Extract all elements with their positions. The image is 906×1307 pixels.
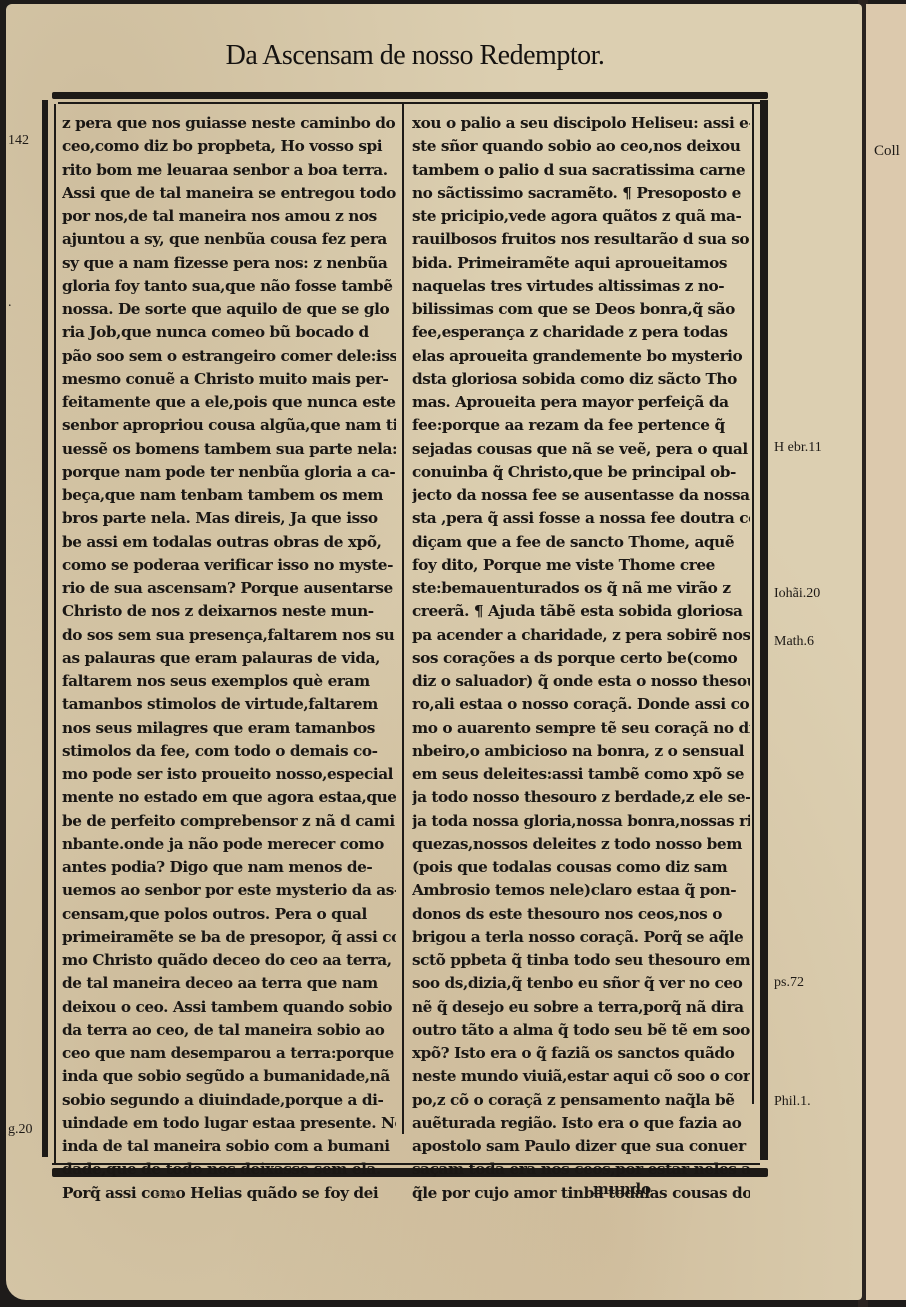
text-line: ceo que nam desemparou a terra:porque <box>62 1042 396 1065</box>
text-line: deixou o ceo. Assi tambem quando sobio <box>62 996 396 1019</box>
text-line: conuinba q̃ Christo,que be principal ob- <box>412 461 750 484</box>
text-line: tamanbos stimolos de virtude,faltarem <box>62 693 396 716</box>
text-line: ria Job,que nunca comeo bũ bocado d <box>62 321 396 344</box>
running-head: Da Ascensam de nosso Redemptor. <box>0 40 830 72</box>
text-line: naquelas tres virtudes altissimas z no- <box>412 275 750 298</box>
text-line: (pois que todalas cousas como diz sam <box>412 856 750 879</box>
text-line: bida. Primeiramẽte aqui aproueitamos <box>412 252 750 275</box>
right-border-thin <box>752 104 754 1104</box>
text-line: nbeiro,o ambicioso na bonra, z o sensual <box>412 740 750 763</box>
margin-note: 142 <box>8 133 29 149</box>
text-line: beça,que nam tenbam tambem os mem <box>62 484 396 507</box>
catchword: mundo <box>593 1180 651 1198</box>
text-line: uessẽ os bomens tambem sua parte nela: <box>62 438 396 461</box>
facing-page-edge <box>866 4 906 1300</box>
text-line: brigou a terla nosso coraçã. Porq̃ se aq… <box>412 926 750 949</box>
text-line: diz o saluador) q̃ onde esta o nosso the… <box>412 670 750 693</box>
top-border-thick <box>52 92 768 99</box>
text-line: nossa. De sorte que aquilo de que se glo <box>62 298 396 321</box>
text-line: mas. Aproueita pera mayor perfeiçã da <box>412 391 750 414</box>
text-line: donos ds este thesouro nos ceos,nos o <box>412 903 750 926</box>
margin-note: ps.72 <box>774 975 804 991</box>
margin-note: H ebr.11 <box>774 440 822 456</box>
text-line: mo o auarento sempre tẽ seu coraçã no di <box>412 717 750 740</box>
right-border-thick <box>760 100 768 1160</box>
text-line: ja toda nossa gloria,nossa bonra,nossas … <box>412 810 750 833</box>
column-divider <box>402 104 404 1134</box>
margin-note: Math.6 <box>774 634 814 650</box>
text-line: censam,que polos outros. Pera o qual <box>62 903 396 926</box>
text-line: da terra ao ceo, de tal maneira sobio ao <box>62 1019 396 1042</box>
text-line: tambem o palio d sua sacratissima carne <box>412 159 750 182</box>
text-line: dade,que de todo nos deixasse sem ela. <box>62 1158 396 1181</box>
text-line: outro tãto a alma q̃ todo seu bẽ tẽ em s… <box>412 1019 750 1042</box>
text-line: diçam que a fee de sancto Thome, aquẽ <box>412 531 750 554</box>
text-line: gloria foy tanto sua,que não fosse tambẽ <box>62 275 396 298</box>
text-line: por nos,de tal maneira nos amou z nos <box>62 205 396 228</box>
text-line: sctõ ppbeta q̃ tinba todo seu thesouro e… <box>412 949 750 972</box>
text-line: ste sñor quando sobio ao ceo,nos deixou <box>412 135 750 158</box>
text-line: nbante.onde ja não pode merecer como <box>62 833 396 856</box>
text-line: rio de sua ascensam? Porque ausentarse <box>62 577 396 600</box>
text-line: de tal maneira deceo aa terra que nam <box>62 972 396 995</box>
margin-note: . <box>8 295 12 311</box>
text-line: Assi que de tal maneira se entregou todo <box>62 182 396 205</box>
text-line: saçam toda era nos ceos,por estar neles … <box>412 1158 750 1181</box>
text-line: em seus deleites:assi tambẽ como xpõ se <box>412 763 750 786</box>
text-line: uemos ao senbor por este mysterio da as- <box>62 879 396 902</box>
left-border-thick <box>42 100 48 1157</box>
text-line: sobio segundo a diuindade,porque a di- <box>62 1089 396 1112</box>
text-line: Christo de nos z deixarnos neste mun- <box>62 600 396 623</box>
text-line: mo pode ser isto proueito nosso,especial <box>62 763 396 786</box>
text-line: xpõ? Isto era o q̃ faziã os sanctos quãd… <box>412 1042 750 1065</box>
text-line: bilissimas com que se Deos bonra,q̃ são <box>412 298 750 321</box>
margin-note: Phil.1. <box>774 1094 811 1110</box>
text-line: nos seus milagres que eram tamanbos <box>62 717 396 740</box>
text-line: ste pricipio,vede agora quãtos z quã ma- <box>412 205 750 228</box>
text-line: Ambrosio temos nele)claro estaa q̃ pon- <box>412 879 750 902</box>
text-line: fee:porque aa rezam da fee pertence q̃ <box>412 414 750 437</box>
left-border-thin <box>54 104 56 1164</box>
text-line: stimolos da fee, com todo o demais co- <box>62 740 396 763</box>
text-line: be de perfeito comprebensor z nã d cami <box>62 810 396 833</box>
text-line: auẽturada região. Isto era o que fazia a… <box>412 1112 750 1135</box>
text-line: ro,ali estaa o nosso coraçã. Donde assi … <box>412 693 750 716</box>
text-line: antes podia? Digo que nam menos de- <box>62 856 396 879</box>
text-line: jecto da nossa fee se ausentasse da noss… <box>412 484 750 507</box>
text-line: uindade em todo lugar estaa presente. Nẽ <box>62 1112 396 1135</box>
text-line: mente no estado em que agora estaa,que <box>62 786 396 809</box>
text-line: dsta gloriosa sobida como diz sãcto Tho <box>412 368 750 391</box>
text-line: z pera que nos guiasse neste caminbo do <box>62 112 396 135</box>
facing-page-text: Coll <box>874 143 900 160</box>
text-line: faltarem nos seus exemplos què eram <box>62 670 396 693</box>
margin-note: Iohãi.20 <box>774 586 820 602</box>
text-line: rauilbosos fruitos nos resultarão d sua … <box>412 228 750 251</box>
text-line: ceo,como diz bo propbeta, Ho vosso spi <box>62 135 396 158</box>
text-line: pa acender a charidade, z pera sobirẽ no… <box>412 624 750 647</box>
text-line: senbor apropriou cousa algũa,que nam ti <box>62 414 396 437</box>
text-line: elas aproueita grandemente bo mysterio <box>412 345 750 368</box>
text-line: sta ,pera q̃ assi fosse a nossa fee dout… <box>412 507 750 530</box>
text-line: be assi em todalas outras obras de xpõ, <box>62 531 396 554</box>
text-column-left: z pera que nos guiasse neste caminbo doc… <box>62 112 396 1205</box>
text-line: xou o palio a seu discipolo Heliseu: ass… <box>412 112 750 135</box>
text-line: as palauras que eram palauras de vida, <box>62 647 396 670</box>
text-line: Porq̃ assi como Helias quãdo se foy dei <box>62 1182 396 1205</box>
text-line: fee,esperança z charidade z pera todas <box>412 321 750 344</box>
text-line: apostolo sam Paulo dizer que sua conuer <box>412 1135 750 1158</box>
text-line: q̃le por cujo amor tinba todalas cousas … <box>412 1182 750 1205</box>
faint-signature-mark: ei.;8 <box>155 1188 174 1200</box>
text-line: foy dito, Porque me viste Thome cree <box>412 554 750 577</box>
text-line: quezas,nossos deleites z todo nosso bem <box>412 833 750 856</box>
text-line: nẽ q̃ desejo eu sobre a terra,porq̃ nã d… <box>412 996 750 1019</box>
text-line: neste mundo viuiã,estar aqui cõ soo o co… <box>412 1065 750 1088</box>
text-line: creerã. ¶ Ajuda tãbẽ esta sobida glorios… <box>412 600 750 623</box>
text-column-right: xou o palio a seu discipolo Heliseu: ass… <box>412 112 750 1205</box>
top-border-thin <box>58 102 766 104</box>
text-line: feitamente que a ele,pois que nunca este <box>62 391 396 414</box>
text-line: porque nam pode ter nenbũa gloria a ca- <box>62 461 396 484</box>
text-line: mesmo conuẽ a Christo muito mais per- <box>62 368 396 391</box>
text-line: pão soo sem o estrangeiro comer dele:iss… <box>62 345 396 368</box>
text-line: ste:bemauenturados os q̃ nã me virão z <box>412 577 750 600</box>
text-line: primeiramẽte se ba de presopor, q̃ assi … <box>62 926 396 949</box>
text-line: sy que a nam fizesse pera nos: z nenbũa <box>62 252 396 275</box>
text-line: inda que sobio segũdo a bumanidade,nã <box>62 1065 396 1088</box>
margin-note: g.20 <box>8 1122 33 1138</box>
text-line: mo Christo quãdo deceo do ceo aa terra, <box>62 949 396 972</box>
text-line: do sos sem sua presença,faltarem nos su <box>62 624 396 647</box>
text-line: rito bom me leuaraa senbor a boa terra. <box>62 159 396 182</box>
text-line: po,z cõ o coraçã z pensamento naq̃la bẽ <box>412 1089 750 1112</box>
text-line: sos corações a ds porque certo be(como <box>412 647 750 670</box>
text-line: bros parte nela. Mas direis, Ja que isso <box>62 507 396 530</box>
text-line: soo ds,dizia,q̃ tenbo eu sñor q̃ ver no … <box>412 972 750 995</box>
text-line: ja todo nosso thesouro z berdade,z ele s… <box>412 786 750 809</box>
text-line: sejadas cousas que nã se veẽ, pera o qua… <box>412 438 750 461</box>
text-line: como se poderaa verificar isso no myste- <box>62 554 396 577</box>
text-line: ajuntou a sy, que nenbũa cousa fez pera <box>62 228 396 251</box>
text-line: inda de tal maneira sobio com a bumani <box>62 1135 396 1158</box>
text-line: no sãctissimo sacramẽto. ¶ Presoposto e <box>412 182 750 205</box>
